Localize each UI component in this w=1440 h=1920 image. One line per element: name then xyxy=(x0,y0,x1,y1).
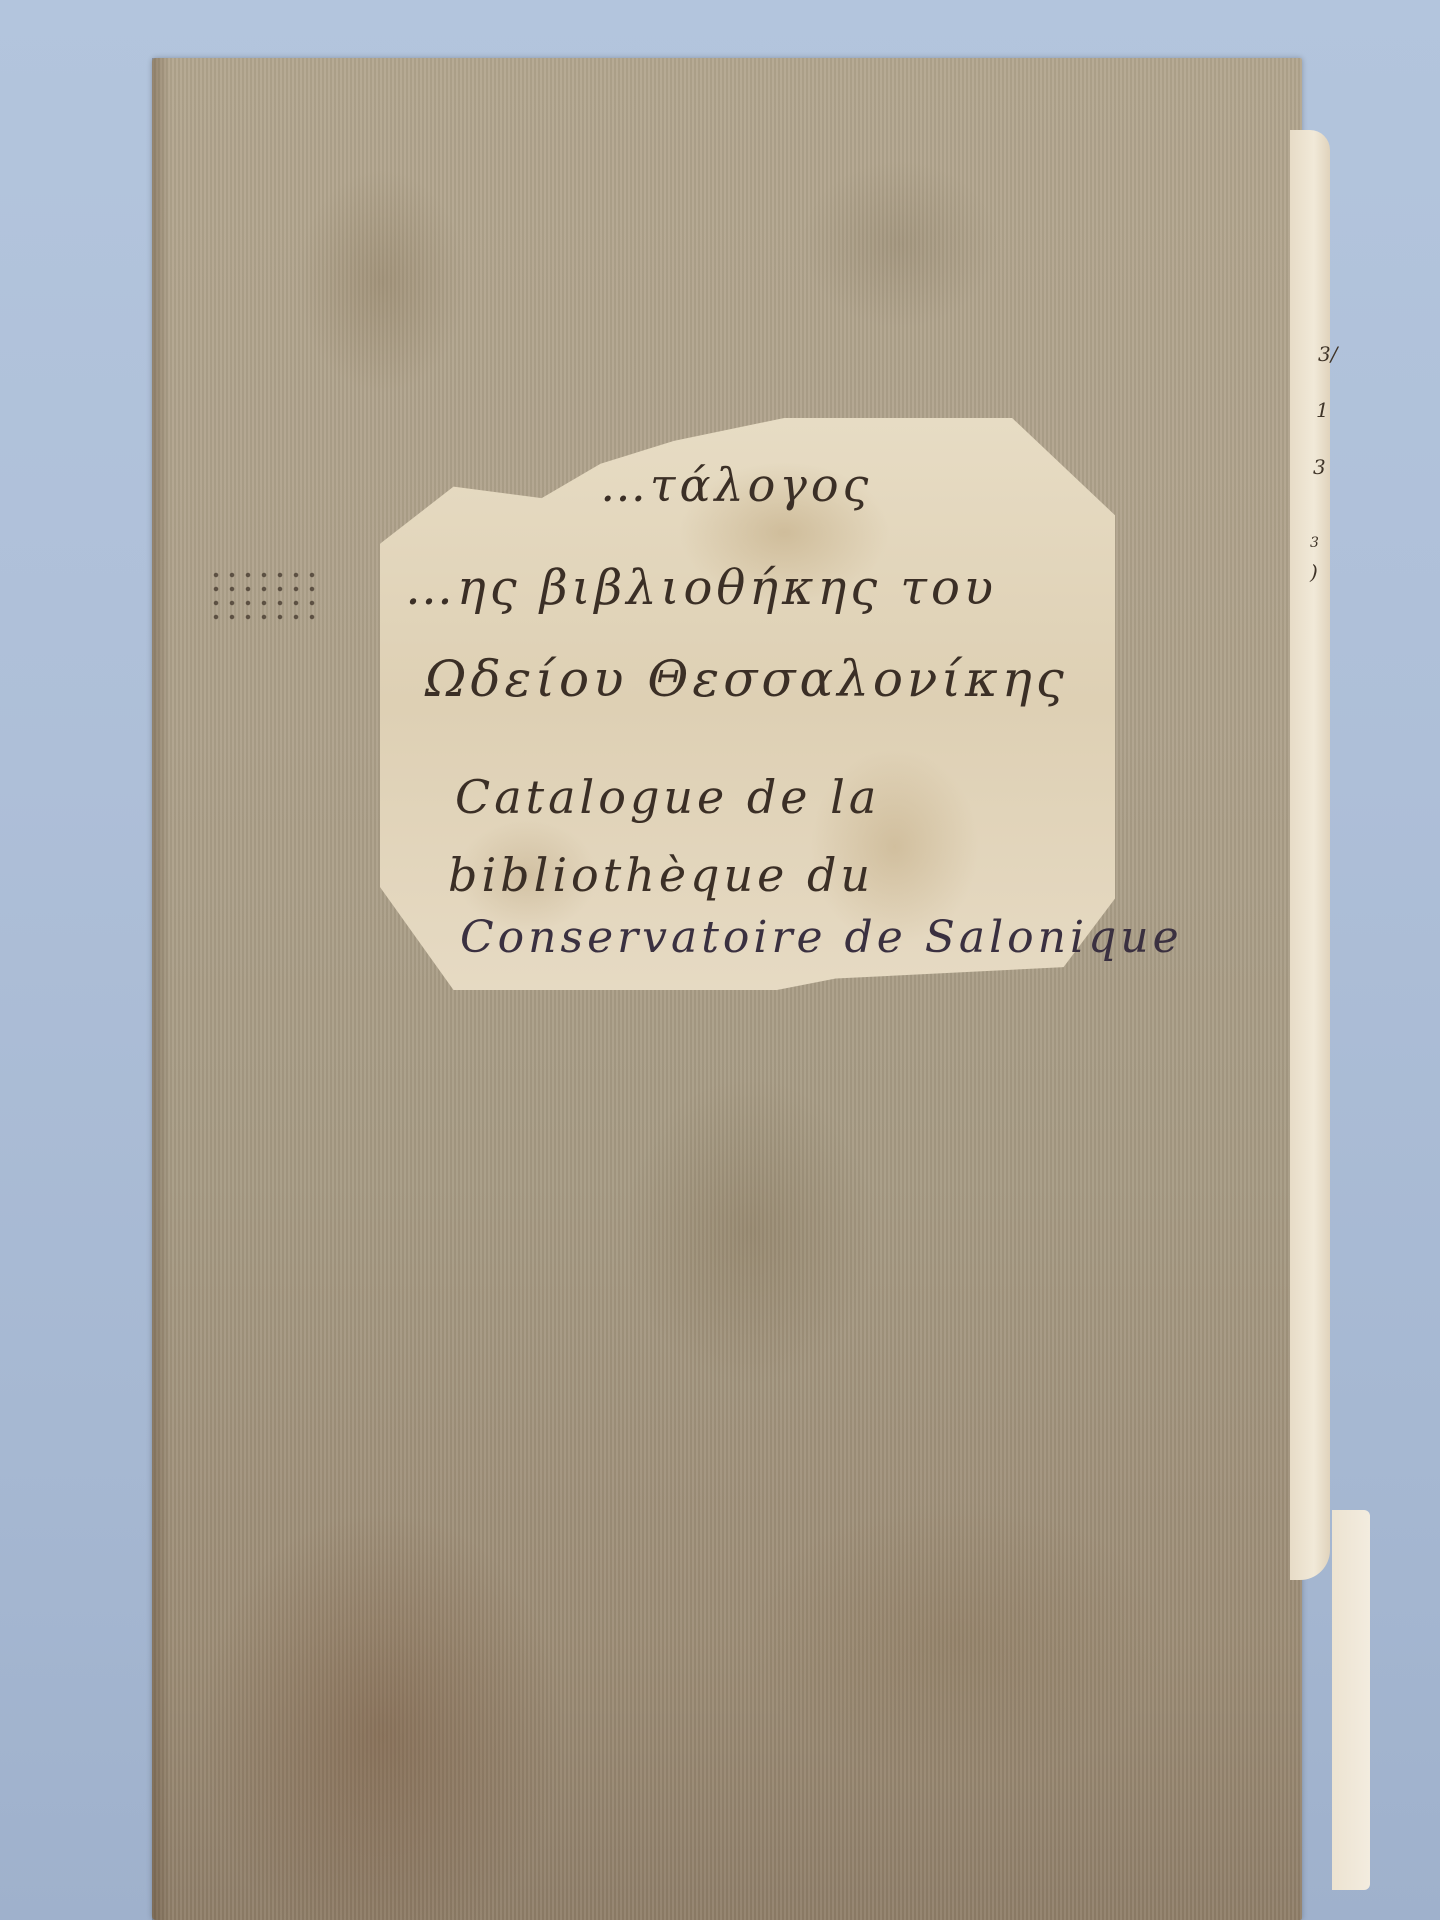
label-line-greek-3: Ωδείου Θεσσαλονίκης xyxy=(425,650,1068,708)
page-edge-mark: 3 xyxy=(1310,535,1319,551)
book-spine-edge xyxy=(152,58,170,1920)
page-edge-mark: ) xyxy=(1310,560,1318,584)
page-edge-mark: 3/ xyxy=(1318,342,1337,366)
loose-page-edge xyxy=(1332,1510,1370,1890)
label-line-french-2: bibliothèque du xyxy=(448,848,874,902)
label-line-french-1: Catalogue de la xyxy=(455,770,880,824)
page-edge-mark: 3 xyxy=(1313,455,1326,479)
label-line-greek-1: …τάλογος xyxy=(600,458,872,512)
ink-dots xyxy=(208,568,318,628)
label-line-greek-2: …ης βιβλιοθήκης του xyxy=(405,560,997,616)
label-line-french-3: Conservatoire de Salonique xyxy=(460,912,1183,963)
page-edge-mark: 1 xyxy=(1316,398,1329,422)
